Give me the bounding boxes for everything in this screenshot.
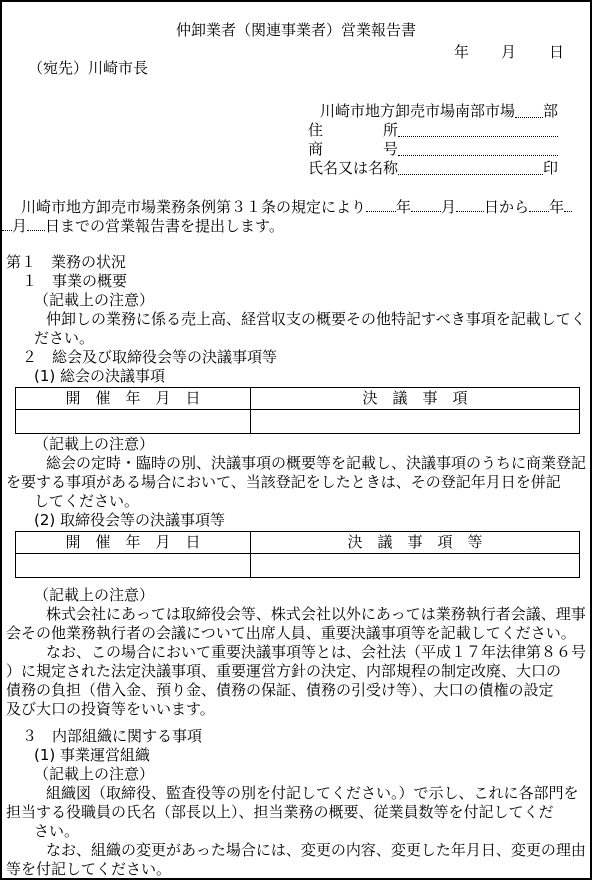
note-text: 会その他業務執行者の会議について出席人員、重要決議事項等を記載してください。: [6, 624, 590, 643]
date-month-label: 月: [501, 43, 516, 61]
subsection-heading: １ 事業の概要: [22, 272, 590, 291]
submit-line-1: 川崎市地方卸売市場業務条例第３１条の規定により年月日から年: [6, 198, 590, 217]
trade-name-label: 商 号: [308, 140, 398, 159]
note-text: 等を付記してください。: [6, 860, 590, 879]
table-row: [16, 410, 580, 434]
item-heading: (2) 取締役会等の決議事項等: [34, 511, 590, 530]
item-heading: (1) 総会の決議事項: [34, 367, 590, 386]
board-meeting-resolutions-table: 開 催 年 月 日 決 議 事 項 等: [15, 531, 580, 578]
market-line: 川崎市地方卸売市場南部市場部: [308, 102, 558, 121]
address-label: 住 所: [308, 121, 398, 140]
report-date-line: 年月日: [2, 44, 590, 60]
note-text: を要する事項がある場合において、当該登記をしたときは、その登記年月日を併記: [6, 473, 590, 492]
date-year-label: 年: [454, 43, 469, 61]
to-day-field: [27, 217, 45, 231]
subsection-heading: ２ 総会及び取締役会等の決議事項等: [22, 348, 590, 367]
date-day-label: 日: [549, 43, 564, 61]
note-text: ）に規定された法定決議事項、重要運営方針の決定、内部規程の制定改廃、大口の: [6, 662, 590, 681]
market-dept-suffix: 部: [543, 102, 558, 121]
text-segment: 川崎市地方卸売市場業務条例第３１条の規定により: [6, 198, 366, 216]
to-year-label: 年: [549, 198, 564, 216]
trade-name-field: [398, 155, 558, 156]
note-heading: （記載上の注意）: [34, 435, 590, 454]
note-text: 及び大口の投資等をいいます。: [6, 700, 590, 719]
empty-date-cell: [16, 554, 251, 578]
table-header-row: 開 催 年 月 日 決 議 事 項: [16, 388, 580, 410]
empty-resolution-cell: [251, 410, 580, 434]
to-month-field-start: [564, 198, 572, 212]
col-header-date: 開 催 年 月 日: [16, 388, 251, 410]
note-text: 総会の定時・臨時の別、決議事項の概要等を記載し、決議事項のうちに商業登記: [46, 454, 590, 473]
from-day-label: 日から: [484, 198, 529, 216]
from-month-label: 月: [441, 198, 456, 216]
note-text: さい。: [34, 822, 590, 841]
addressee: （宛先）川崎市長: [28, 60, 590, 76]
page-title: 仲卸業者（関連事業者）営業報告書: [2, 21, 590, 40]
item-heading: (1) 事業運営組織: [34, 746, 590, 765]
note-text: 債務の負担（借入金、預り金、債務の保証、債務の引受け等）、大口の債権の設定: [6, 681, 590, 700]
subsection-heading: ３ 内部組織に関する事項: [22, 727, 590, 746]
col-header-resolution: 決 議 事 項 等: [251, 532, 580, 554]
applicant-block: 川崎市地方卸売市場南部市場部 住 所 商 号 氏名又は名称印: [308, 102, 558, 178]
note-text: 組織図（取締役、監査役等の別を付記してください。）で示し、これに各部門を: [46, 784, 590, 803]
address-field: [398, 136, 558, 137]
from-month-field: [411, 198, 441, 212]
col-header-date: 開 催 年 月 日: [16, 532, 251, 554]
submit-paragraph: 川崎市地方卸売市場業務条例第３１条の規定により年月日から年 月日までの営業報告書…: [2, 198, 590, 236]
col-header-resolution: 決 議 事 項: [251, 388, 580, 410]
note-text: なお、この場合において重要決議事項等とは、会社法（平成１７年法律第８６号: [46, 643, 590, 662]
note-text: してください。: [34, 492, 590, 511]
seal-label: 印: [543, 159, 558, 178]
note-heading: （記載上の注意）: [34, 765, 590, 784]
table-row: [16, 554, 580, 578]
note-heading: （記載上の注意）: [34, 291, 590, 310]
to-month-label: 月: [12, 217, 27, 235]
table-header-row: 開 催 年 月 日 決 議 事 項 等: [16, 532, 580, 554]
name-label: 氏名又は名称: [308, 159, 398, 178]
note-heading: （記載上の注意）: [34, 586, 590, 605]
form-page: 仲卸業者（関連事業者）営業報告書 年月日 （宛先）川崎市長 川崎市地方卸売市場南…: [0, 0, 592, 880]
note-text: なお、組織の変更があった場合には、変更の内容、変更した年月日、変更の理由: [46, 841, 590, 860]
market-name: 川崎市地方卸売市場南部市場: [320, 102, 515, 121]
empty-resolution-cell: [251, 554, 580, 578]
from-year-field: [366, 198, 396, 212]
to-month-field-end: [2, 217, 12, 231]
note-text: 担当する役職員の氏名（部長以上）、担当業務の概要、従業員数等を付記してくだ: [6, 803, 590, 822]
submit-line-2: 月日までの営業報告書を提出します。: [2, 217, 590, 236]
address-line: 住 所: [308, 121, 558, 140]
empty-date-cell: [16, 410, 251, 434]
section-heading: 第１ 業務の状況: [6, 253, 590, 272]
from-year-label: 年: [396, 198, 411, 216]
from-day-field: [456, 198, 484, 212]
trade-name-line: 商 号: [308, 140, 558, 159]
note-text: 株式会社にあっては取締役会等、株式会社以外にあっては業務執行者会議、理事: [46, 605, 590, 624]
note-text: 仲卸しの業務に係る売上高、経営収支の概要その他特記すべき事項を記載してく: [46, 310, 590, 329]
name-field: [398, 174, 543, 175]
market-dept-field: [515, 117, 543, 118]
name-line: 氏名又は名称印: [308, 159, 558, 178]
note-text: ださい。: [34, 329, 590, 348]
text-segment: 日までの営業報告書を提出します。: [45, 217, 284, 235]
general-meeting-resolutions-table: 開 催 年 月 日 決 議 事 項: [15, 387, 580, 434]
to-year-field: [529, 198, 549, 212]
